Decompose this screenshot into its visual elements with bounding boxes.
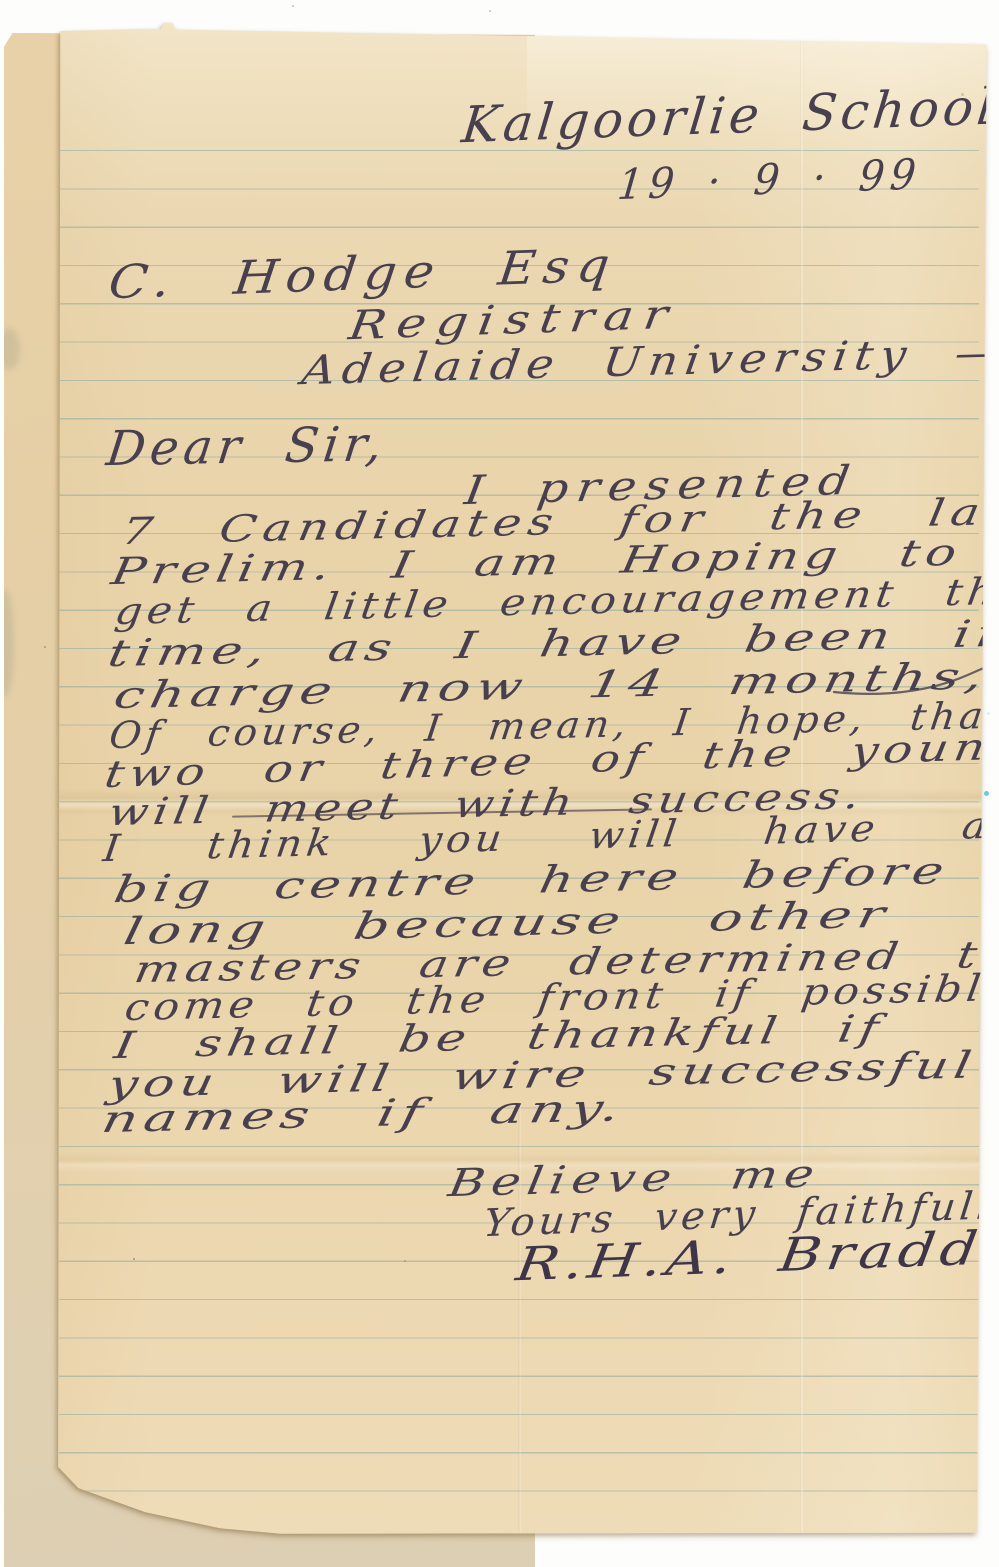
pen-flourish (832, 650, 999, 700)
scanned-letter-page: Kalgoorlie School19 · 9 · 99C. Hodge Esq… (0, 0, 999, 1567)
dust-speck (961, 93, 964, 96)
dust-speck (133, 1258, 135, 1260)
letter-sheet-wrap: Kalgoorlie School19 · 9 · 99C. Hodge Esq… (0, 0, 999, 1567)
handwritten-line-letter-date: 19 · 9 · 99 (616, 151, 924, 207)
handwritten-line-salutation: Dear Sir, (104, 419, 390, 476)
dust-speck (984, 791, 989, 796)
dust-speck (987, 712, 990, 715)
dust-speck (292, 5, 294, 7)
dust-speck (404, 1260, 406, 1262)
dust-speck (44, 646, 46, 648)
letter-sheet: Kalgoorlie School19 · 9 · 99C. Hodge Esq… (57, 22, 988, 1535)
dust-speck (489, 10, 491, 12)
